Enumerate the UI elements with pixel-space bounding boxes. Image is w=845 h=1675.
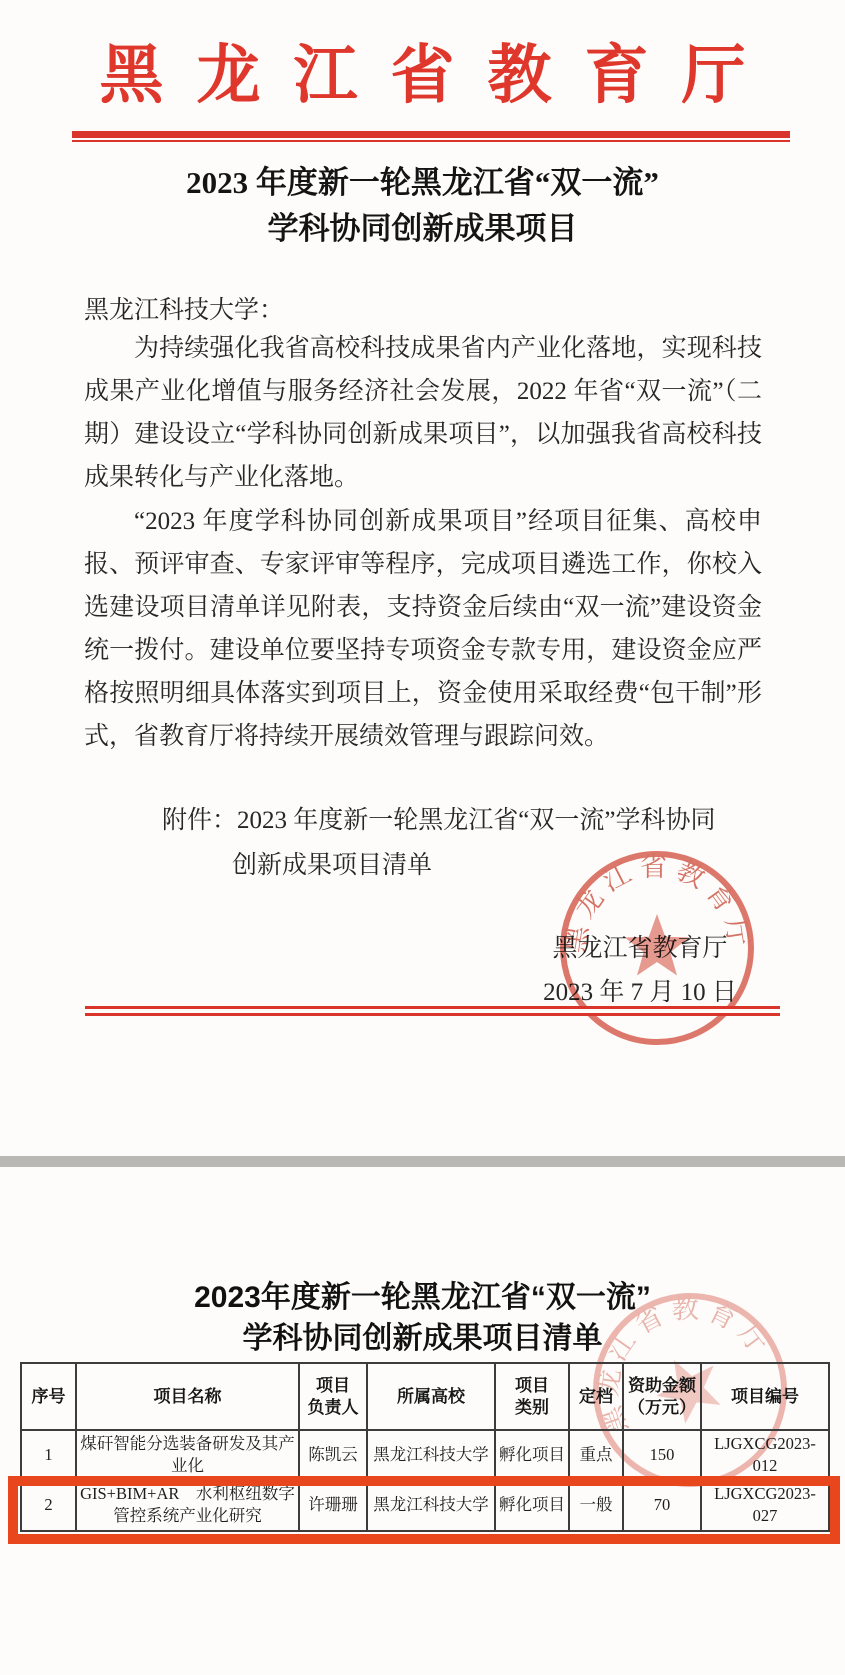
letterhead-title: 黑龙江省教育厅 — [0, 36, 845, 116]
page-divider — [0, 1156, 845, 1167]
cell-tier: 重点 — [569, 1430, 623, 1479]
cell-project-name: 煤矸智能分选装备研发及其产业化 — [76, 1430, 299, 1479]
attachment-line1: 附件：2023 年度新一轮黑龙江省“双一流”学科协同 — [162, 798, 722, 843]
document-title: 2023 年度新一轮黑龙江省“双一流” 学科协同创新成果项目 — [0, 160, 845, 252]
document-title-line1: 2023 年度新一轮黑龙江省“双一流” — [0, 160, 845, 206]
document-title-line2: 学科协同创新成果项目 — [0, 206, 845, 252]
cell-category: 孵化项目 — [495, 1430, 569, 1479]
attachment-title-line2: 学科协同创新成果项目清单 — [0, 1318, 845, 1359]
cell-index: 1 — [21, 1430, 76, 1479]
signature-date: 2023 年 7 月 10 日 — [460, 972, 820, 1008]
table-header-row: 序号 项目名称 项目 负责人 所属高校 项目 类别 定档 资助金额 （万元） 项… — [21, 1363, 829, 1430]
salutation: 黑龙江科技大学： — [84, 290, 762, 326]
attachment-page: 2023年度新一轮黑龙江省“双一流” 学科协同创新成果项目清单 黑龙江省教育厅 … — [0, 1167, 845, 1675]
col-header-index: 序号 — [21, 1363, 76, 1430]
cell-amount: 150 — [623, 1430, 701, 1479]
cell-code: LJGXCG2023-012 — [701, 1430, 829, 1479]
signature-org: 黑龙江省教育厅 — [460, 928, 820, 964]
letter-page: 黑龙江省教育厅 2023 年度新一轮黑龙江省“双一流” 学科协同创新成果项目 黑… — [0, 0, 845, 1156]
attachment-note: 附件：2023 年度新一轮黑龙江省“双一流”学科协同 创新成果项目清单 — [162, 798, 722, 888]
col-header-university: 所属高校 — [367, 1363, 495, 1430]
col-header-name: 项目名称 — [76, 1363, 299, 1430]
col-header-leader: 项目 负责人 — [299, 1363, 367, 1430]
attachment-line2: 创新成果项目清单 — [162, 843, 722, 888]
col-header-tier: 定档 — [569, 1363, 623, 1430]
cell-leader: 陈凯云 — [299, 1430, 367, 1479]
col-header-category: 项目 类别 — [495, 1363, 569, 1430]
document-scan: 黑龙江省教育厅 2023 年度新一轮黑龙江省“双一流” 学科协同创新成果项目 黑… — [0, 0, 845, 1675]
paragraph-1: 为持续强化我省高校科技成果省内产业化落地，实现科技成果产业化增值与服务经济社会发… — [84, 327, 762, 499]
paragraph-2: “2023 年度学科协同创新成果项目”经项目征集、高校申报、预评审查、专家评审等… — [84, 500, 762, 758]
attachment-title: 2023年度新一轮黑龙江省“双一流” 学科协同创新成果项目清单 — [0, 1277, 845, 1359]
letterhead-rule — [72, 131, 790, 142]
red-highlight-annotation — [8, 1476, 840, 1544]
col-header-amount: 资助金额 （万元） — [623, 1363, 701, 1430]
footer-rule — [85, 1006, 780, 1016]
cell-university: 黑龙江科技大学 — [367, 1430, 495, 1479]
attachment-title-line1: 2023年度新一轮黑龙江省“双一流” — [0, 1277, 845, 1318]
col-header-code: 项目编号 — [701, 1363, 829, 1430]
table-row: 1 煤矸智能分选装备研发及其产业化 陈凯云 黑龙江科技大学 孵化项目 重点 15… — [21, 1430, 829, 1479]
